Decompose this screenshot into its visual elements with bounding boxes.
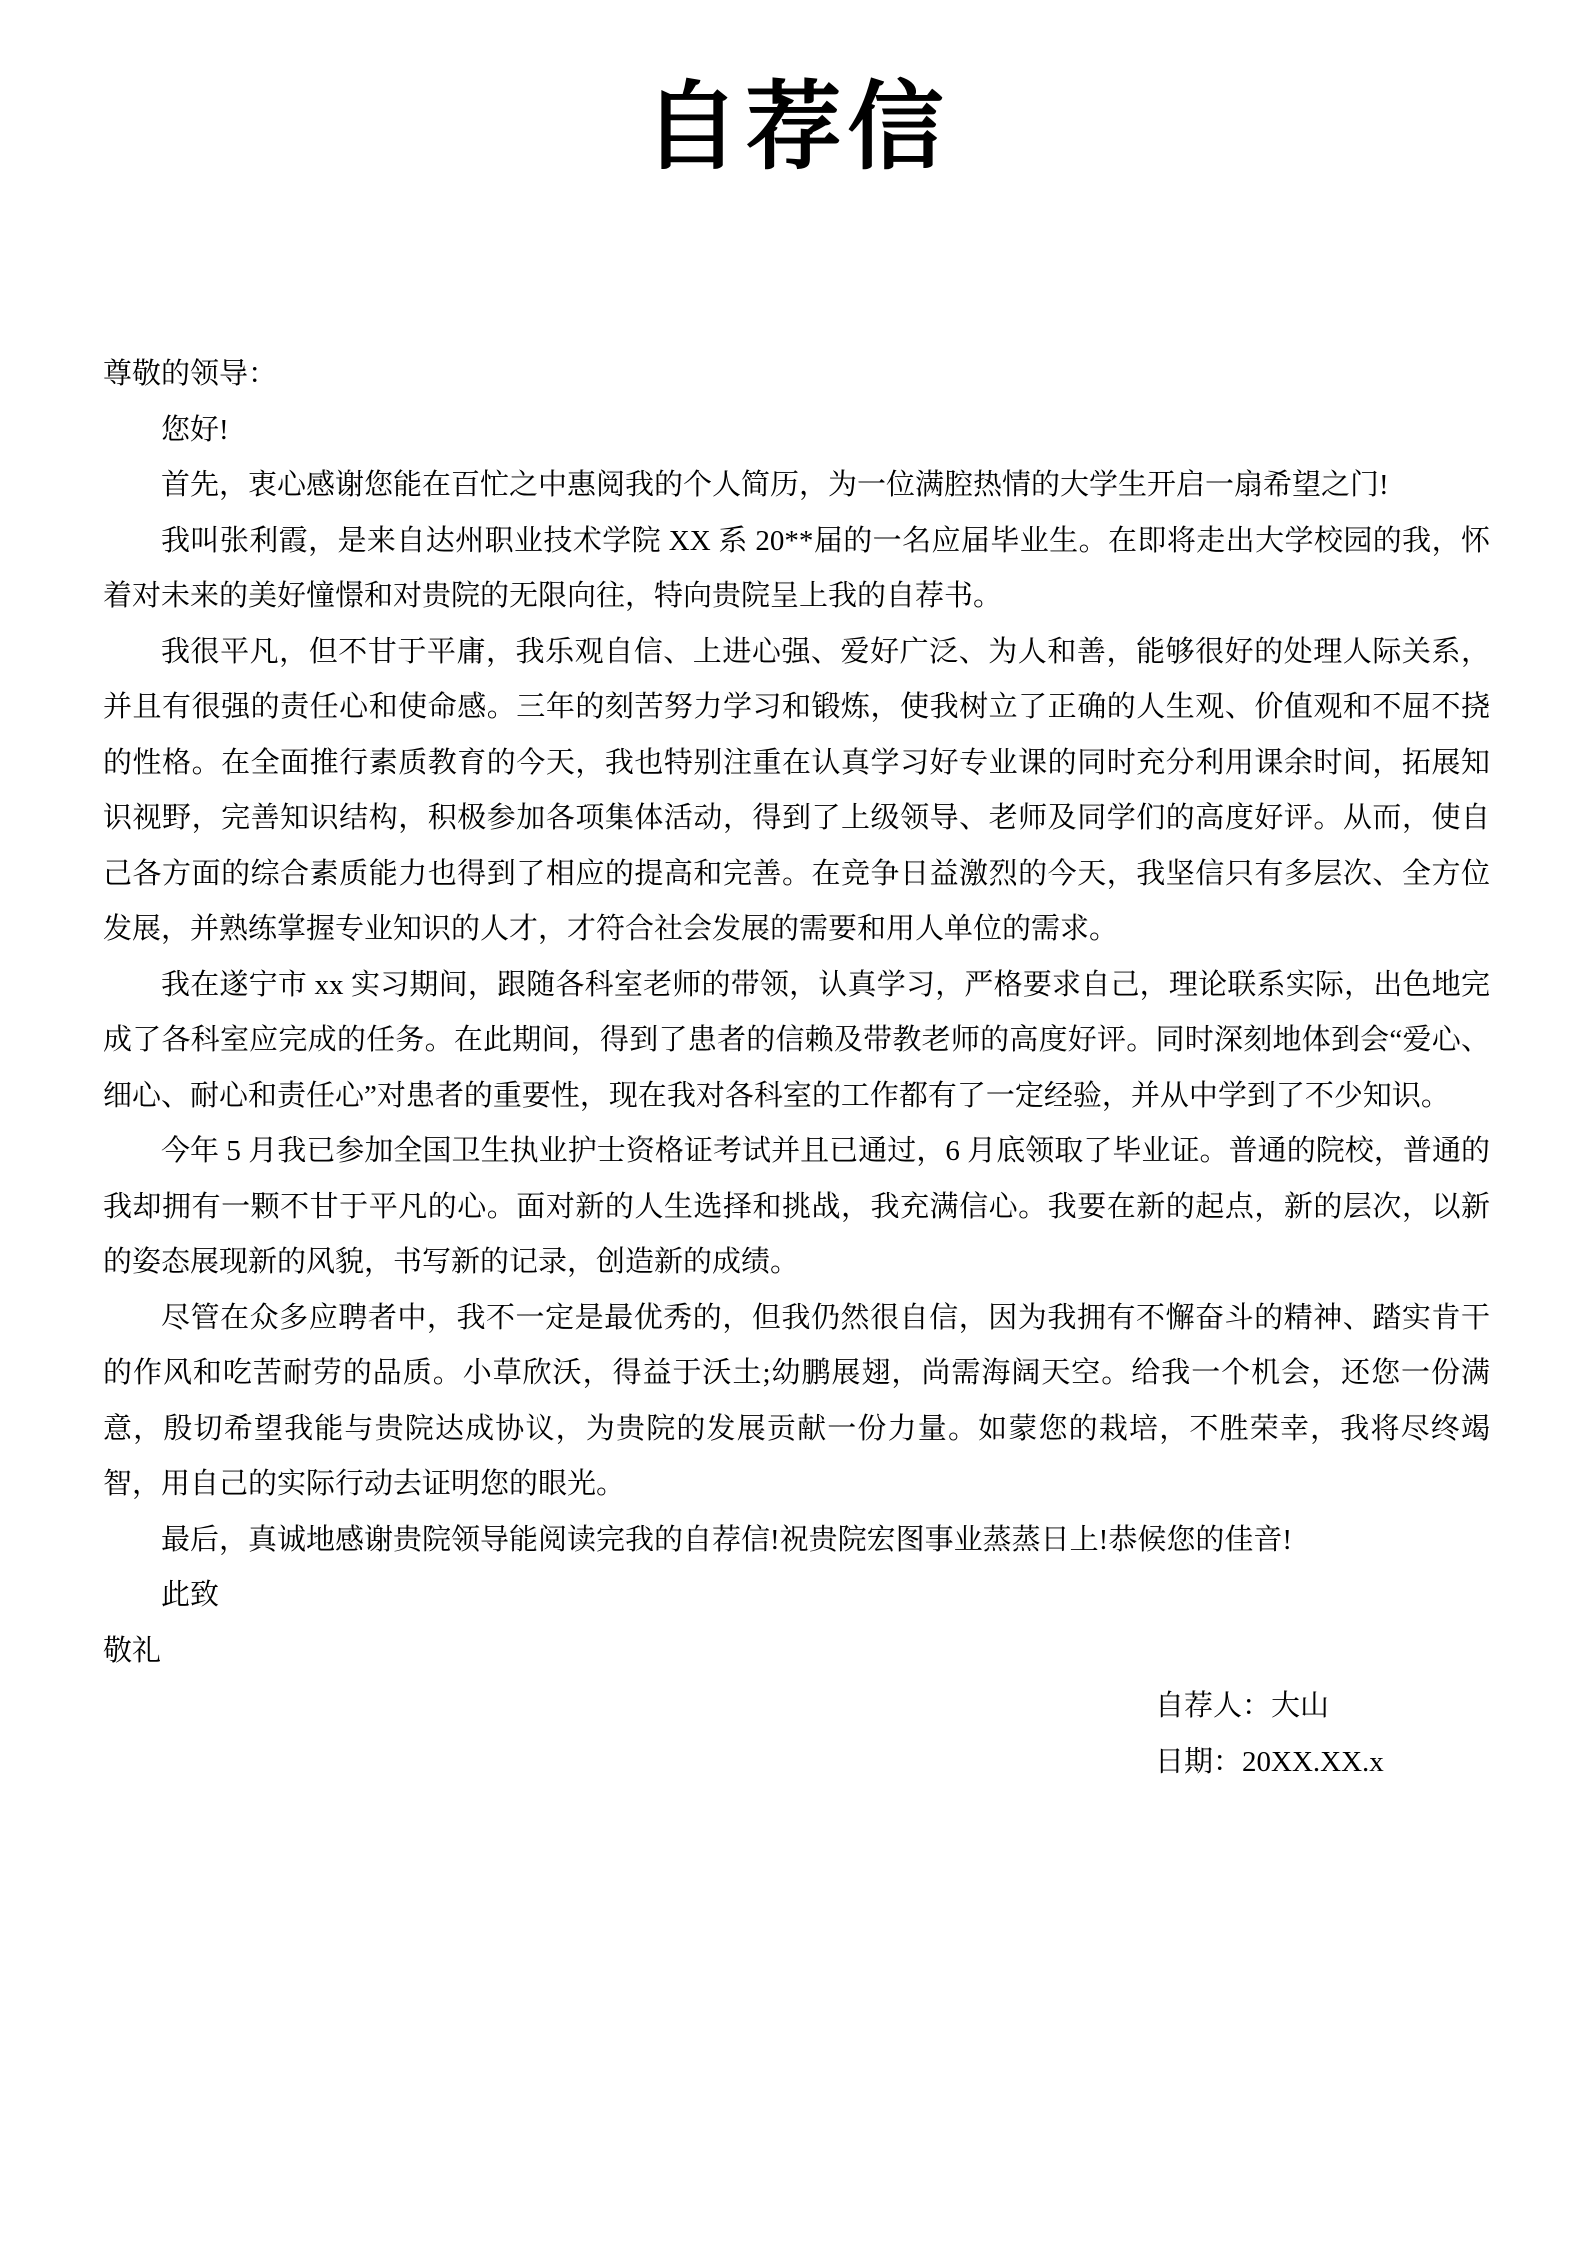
signer-line: 自荐人：大山 [1155,1679,1490,1735]
letter-body: 尊敬的领导： 您好! 首先，衷心感谢您能在百忙之中惠阅我的个人简历，为一位满腔热… [103,347,1490,1790]
paragraph-qualifications: 今年 5 月我已参加全国卫生执业护士资格证考试并且已通过，6 月底领取了毕业证。… [103,1124,1490,1291]
date-value: 20XX.XX.x [1242,1746,1384,1778]
signature-block: 自荐人：大山 日期：20XX.XX.x [1155,1679,1490,1790]
paragraph-appeal: 尽管在众多应聘者中，我不一定是最优秀的，但我仍然很自信，因为我拥有不懈奋斗的精神… [103,1291,1490,1513]
paragraph-internship: 我在遂宁市 xx 实习期间，跟随各科室老师的带领，认真学习，严格要求自己，理论联… [103,958,1490,1125]
closing-cizhi: 此致 [103,1568,1490,1624]
paragraph-thanks: 最后，真诚地感谢贵院领导能阅读完我的自荐信!祝贵院宏图事业蒸蒸日上!恭候您的佳音… [103,1513,1490,1569]
paragraph-self-introduction: 我叫张利霞，是来自达州职业技术学院 XX 系 20**届的一名应届毕业生。在即将… [103,514,1490,625]
greeting: 您好! [103,403,1490,459]
signer-label: 自荐人： [1155,1690,1271,1722]
page-title: 自荐信 [103,58,1490,197]
date-line: 日期：20XX.XX.x [1155,1735,1490,1791]
date-label: 日期： [1155,1746,1242,1778]
signer-name: 大山 [1271,1690,1329,1722]
paragraph-character: 我很平凡，但不甘于平庸，我乐观自信、上进心强、爱好广泛、为人和善，能够很好的处理… [103,625,1490,958]
paragraph-intro: 首先，衷心感谢您能在百忙之中惠阅我的个人简历，为一位满腔热情的大学生开启一扇希望… [103,458,1490,514]
closing-jingli: 敬礼 [103,1624,1490,1680]
salutation: 尊敬的领导： [103,347,1490,403]
letter-page: 自荐信 尊敬的领导： 您好! 首先，衷心感谢您能在百忙之中惠阅我的个人简历，为一… [0,0,1587,2245]
